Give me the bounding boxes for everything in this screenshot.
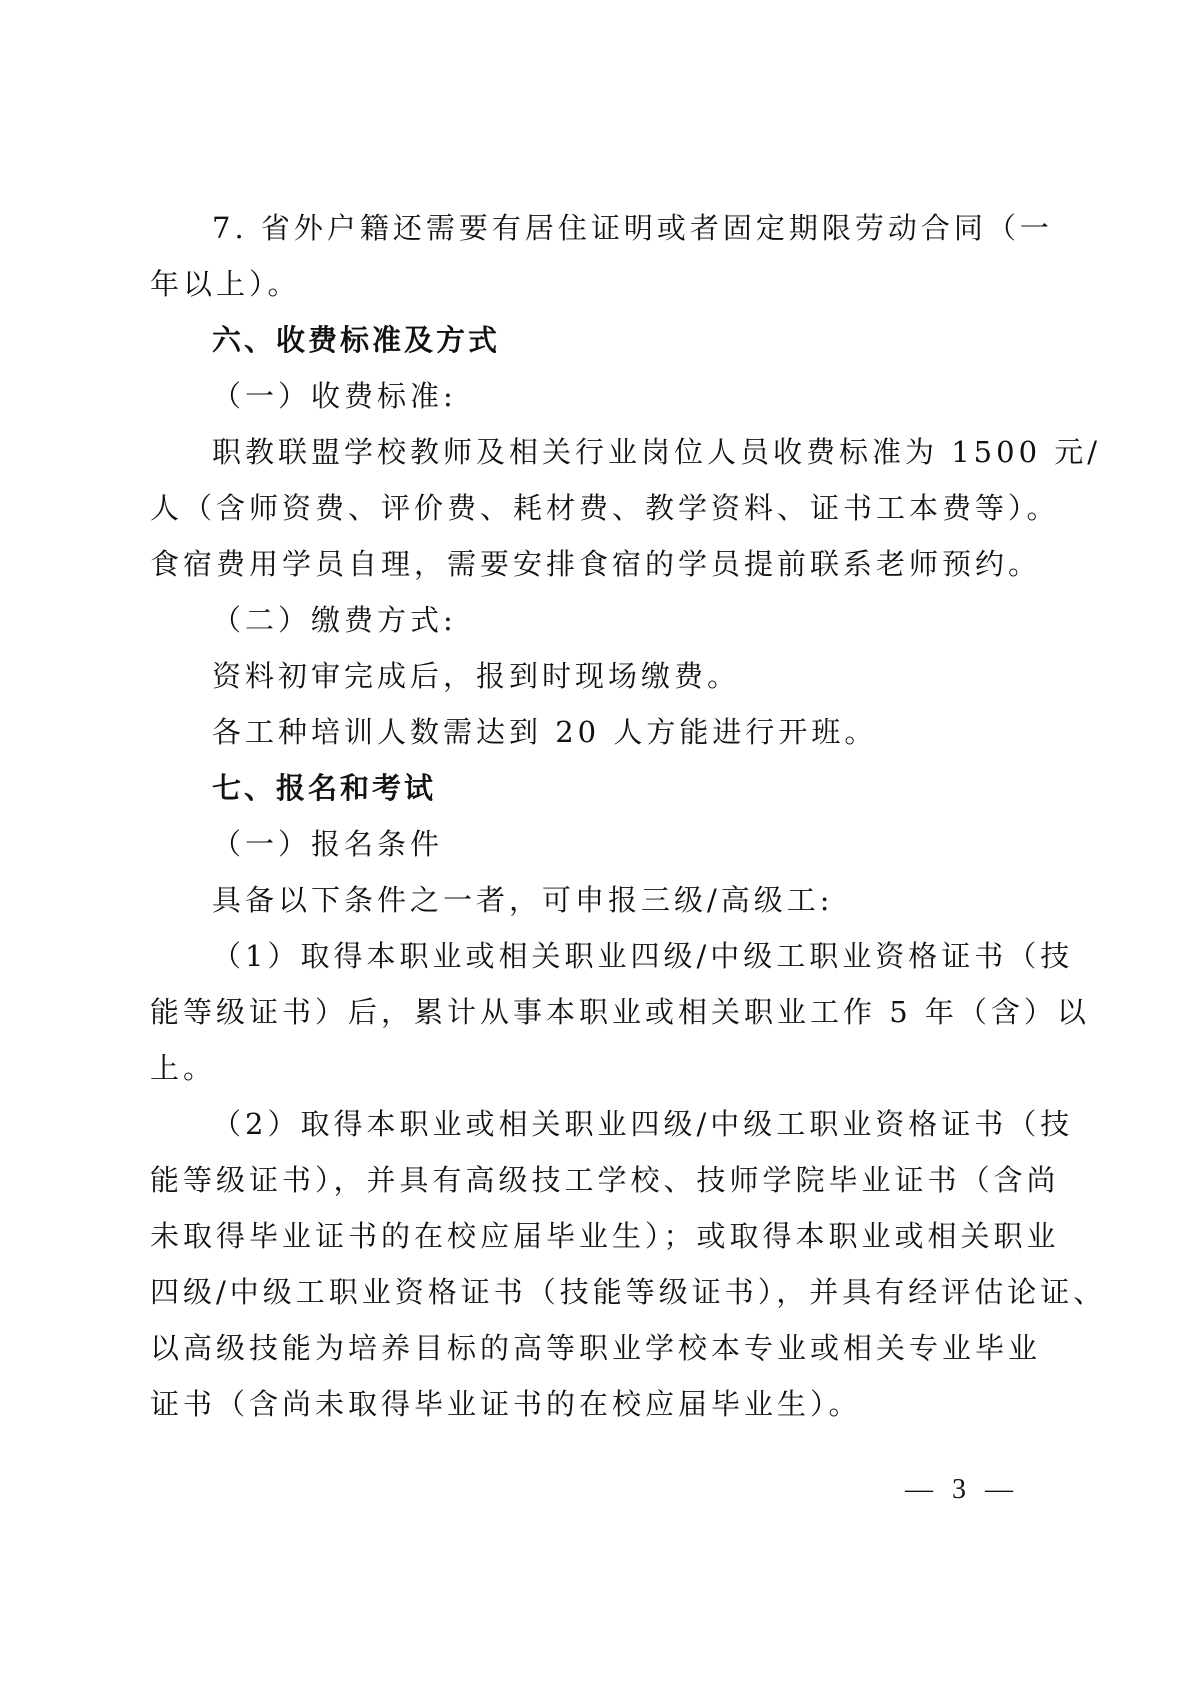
fee-standard-paragraph-line-3: 食宿费用学员自理，需要安排食宿的学员提前联系老师预约。 bbox=[150, 544, 1050, 584]
condition-2-line-4: 四级/中级工职业资格证书（技能等级证书），并具有经评估论证、 bbox=[150, 1272, 985, 1312]
payment-method-paragraph: 资料初审完成后，报到时现场缴费。 bbox=[212, 656, 1112, 696]
subsection-eligibility-heading: （一）报名条件 bbox=[212, 824, 1112, 864]
eligibility-intro: 具备以下条件之一者，可申报三级/高级工: bbox=[212, 880, 1112, 920]
condition-2-line-1: （2）取得本职业或相关职业四级/中级工职业资格证书（技 bbox=[212, 1104, 985, 1144]
subsection-payment-method-heading: （二）缴费方式: bbox=[212, 600, 1112, 640]
item-7-continuation: 年以上）。 bbox=[150, 264, 1050, 304]
class-minimum-paragraph: 各工种培训人数需达到 20 人方能进行开班。 bbox=[212, 712, 1112, 752]
condition-2-line-6: 证书（含尚未取得毕业证书的在校应届毕业生）。 bbox=[150, 1384, 1050, 1424]
section-7-heading: 七、报名和考试 bbox=[212, 768, 1112, 808]
condition-2-line-3: 未取得毕业证书的在校应届毕业生）；或取得本职业或相关职业 bbox=[150, 1216, 985, 1256]
condition-2-line-2: 能等级证书），并具有高级技工学校、技师学院毕业证书（含尚 bbox=[150, 1160, 985, 1200]
page-number: — 3 — bbox=[905, 1470, 1019, 1510]
item-7-household-registration: 7. 省外户籍还需要有居住证明或者固定期限劳动合同（一 bbox=[212, 208, 985, 248]
condition-1-line-2: 能等级证书）后，累计从事本职业或相关职业工作 5 年（含）以 bbox=[150, 992, 985, 1032]
fee-standard-paragraph-line-1: 职教联盟学校教师及相关行业岗位人员收费标准为 1500 元/ bbox=[212, 432, 985, 472]
condition-2-line-5: 以高级技能为培养目标的高等职业学校本专业或相关专业毕业 bbox=[150, 1328, 985, 1368]
fee-standard-paragraph-line-2: 人（含师资费、评价费、耗材费、教学资料、证书工本费等）。 bbox=[150, 488, 985, 528]
condition-1-line-1: （1）取得本职业或相关职业四级/中级工职业资格证书（技 bbox=[212, 936, 985, 976]
condition-1-line-3: 上。 bbox=[150, 1048, 1050, 1088]
section-6-heading: 六、收费标准及方式 bbox=[212, 320, 1112, 360]
document-page: 7. 省外户籍还需要有居住证明或者固定期限劳动合同（一 年以上）。 六、收费标准… bbox=[0, 0, 1190, 1684]
subsection-fee-standard-heading: （一）收费标准: bbox=[212, 376, 1112, 416]
